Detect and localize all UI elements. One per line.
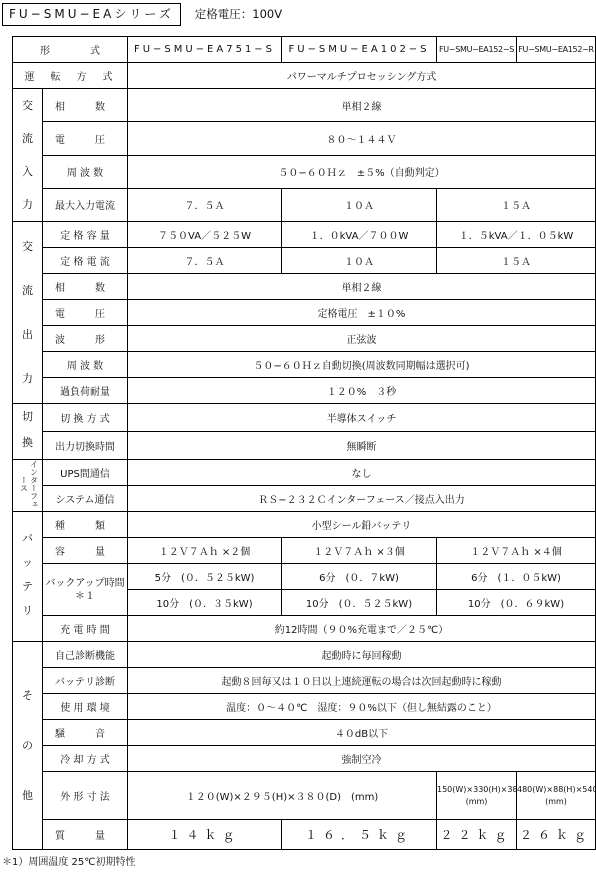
ac-input-voltage-label: 電 圧 <box>43 122 128 155</box>
other-group: その他 <box>13 642 43 850</box>
ac-output-current-2: １０Ａ <box>282 248 437 274</box>
self-diag-label: 自己診断機能 <box>43 642 128 668</box>
switching-method-label: 切 換 方 式 <box>43 404 128 432</box>
switching-time-value: 無瞬断 <box>128 432 596 460</box>
ac-output-capacity-3: １．５kVA／１．０５kW <box>437 222 596 248</box>
ac-output-capacity-2: １．０kVA／７００W <box>282 222 437 248</box>
weight-label: 質 量 <box>43 820 128 850</box>
dimensions-2: 150(W)×330(H)×380(D) (mm) <box>437 772 517 820</box>
dimensions-1: １２０(W)×２９５(H)×３８０(D) (mm) <box>128 772 437 820</box>
ups-comm-label: UPS間通信 <box>43 460 128 486</box>
backup-time-label: バックアップ時間＊１ <box>43 564 128 616</box>
model-label: 形 式 <box>13 37 128 63</box>
dimensions-3: 480(W)×88(H)×540(D) (mm) <box>517 772 596 820</box>
battery-group: バッテリ <box>13 512 43 642</box>
system-comm-label: システム通信 <box>43 486 128 512</box>
environment-label: 使 用 環 境 <box>43 694 128 720</box>
charge-time-label: 充 電 時 間 <box>43 616 128 642</box>
ac-input-phase-label: 相 数 <box>43 89 128 122</box>
weight-4: ２６ｋｇ <box>517 820 596 850</box>
ac-output-phase-value: 単相２線 <box>128 274 596 300</box>
dimensions-label: 外 形 寸 法 <box>43 772 128 820</box>
ac-output-current-3: １５Ａ <box>437 248 596 274</box>
backup-2-2: 10分 (０．５２５kW) <box>282 590 437 616</box>
ac-input-current-2: １０Ａ <box>282 188 437 221</box>
battery-capacity-label: 容 量 <box>43 538 128 564</box>
switching-time-label: 出力切換時間 <box>43 432 128 460</box>
interface-group: インターフェース <box>13 460 43 512</box>
switching-group: 切換 <box>13 404 43 460</box>
ac-input-freq-label: 周 波 数 <box>43 155 128 188</box>
backup-1-3: 6分 (１．０５kW) <box>437 564 596 590</box>
ups-comm-value: なし <box>128 460 596 486</box>
battery-type-value: 小型シール鉛バッテリ <box>128 512 596 538</box>
ac-output-freq-label: 周 波 数 <box>43 352 128 378</box>
ac-input-freq-value: ５０−６０Ｈｚ ±５%（自動判定） <box>128 155 596 188</box>
noise-label: 騒 音 <box>43 720 128 746</box>
ac-output-waveform-label: 波 形 <box>43 326 128 352</box>
battery-type-label: 種 類 <box>43 512 128 538</box>
noise-value: ４０dB以下 <box>128 720 596 746</box>
ac-output-waveform-value: 正弦波 <box>128 326 596 352</box>
ac-input-current-3: １５Ａ <box>437 188 596 221</box>
series-title: FU−SMU−EAシリーズ <box>2 3 181 26</box>
weight-2: １６．５ｋｇ <box>282 820 437 850</box>
backup-2-3: 10分 (０．６９kW) <box>437 590 596 616</box>
ac-input-voltage-value: ８０〜１４４Ｖ <box>128 122 596 155</box>
ac-output-capacity-1: ７５０VA／５２５W <box>128 222 282 248</box>
operation-label: 運 転 方 式 <box>13 63 128 89</box>
operation-value: パワーマルチプロセッシング方式 <box>128 63 596 89</box>
environment-value: 温度：０〜４０℃ 湿度：９０%以下（但し無結露のこと） <box>128 694 596 720</box>
ac-output-phase-label: 相 数 <box>43 274 128 300</box>
system-comm-value: ＲＳ−２３２Ｃインターフェース／接点入出力 <box>128 486 596 512</box>
ac-output-freq-value: ５０−６０Ｈｚ自動切換(周波数同期幅は選択可) <box>128 352 596 378</box>
model-2: FU−SMU−EA102−S <box>282 37 437 63</box>
ac-input-group: 交流入力 <box>13 89 43 222</box>
ac-output-voltage-value: 定格電圧 ±１０% <box>128 300 596 326</box>
ac-input-phase-value: 単相２線 <box>128 89 596 122</box>
weight-1: １４ｋｇ <box>128 820 282 850</box>
model-4: FU−SMU−EA152−R <box>517 37 596 63</box>
rated-voltage: 定格電圧：100V <box>195 6 282 22</box>
cooling-label: 冷 却 方 式 <box>43 746 128 772</box>
page-header: FU−SMU−EAシリーズ 定格電圧：100V <box>2 3 282 25</box>
backup-1-2: 6分 (０．７kW) <box>282 564 437 590</box>
ac-output-capacity-label: 定 格 容 量 <box>43 222 128 248</box>
weight-3: ２２ｋｇ <box>437 820 517 850</box>
spec-table: 形 式 FU−SMU−EA751−S FU−SMU−EA102−S FU−SMU… <box>12 36 596 850</box>
model-row: 形 式 FU−SMU−EA751−S FU−SMU−EA102−S FU−SMU… <box>13 37 596 63</box>
battery-capacity-3: １２Ｖ７Ａｈ ×４個 <box>437 538 596 564</box>
ac-output-current-1: ７．５Ａ <box>128 248 282 274</box>
footnote: ＊1）周囲温度 25℃初期特性 <box>2 853 136 868</box>
ac-output-overload-label: 過負荷耐量 <box>43 378 128 404</box>
battery-capacity-2: １２Ｖ７Ａｈ ×３個 <box>282 538 437 564</box>
cooling-value: 強制空冷 <box>128 746 596 772</box>
ac-output-overload-value: １２０% ３秒 <box>128 378 596 404</box>
ac-input-current-label: 最大入力電流 <box>43 188 128 221</box>
backup-2-1: 10分 (０．３５kW) <box>128 590 282 616</box>
model-1: FU−SMU−EA751−S <box>128 37 282 63</box>
ac-output-voltage-label: 電 圧 <box>43 300 128 326</box>
battery-diag-label: バッテリ診断 <box>43 668 128 694</box>
battery-capacity-1: １２Ｖ７Ａｈ ×２個 <box>128 538 282 564</box>
backup-1-1: 5分 (０．５２５kW) <box>128 564 282 590</box>
operation-row: 運 転 方 式 パワーマルチプロセッシング方式 <box>13 63 596 89</box>
charge-time-value: 約12時間（９０%充電まで／２５℃） <box>128 616 596 642</box>
ac-input-current-1: ７．５Ａ <box>128 188 282 221</box>
model-3: FU−SMU−EA152−S <box>437 37 517 63</box>
self-diag-value: 起動時に毎回稼動 <box>128 642 596 668</box>
ac-output-current-label: 定 格 電 流 <box>43 248 128 274</box>
battery-diag-value: 起動８回毎又は１０日以上連続運転の場合は次回起動時に稼動 <box>128 668 596 694</box>
ac-output-group: 交流出力 <box>13 222 43 404</box>
switching-method-value: 半導体スイッチ <box>128 404 596 432</box>
